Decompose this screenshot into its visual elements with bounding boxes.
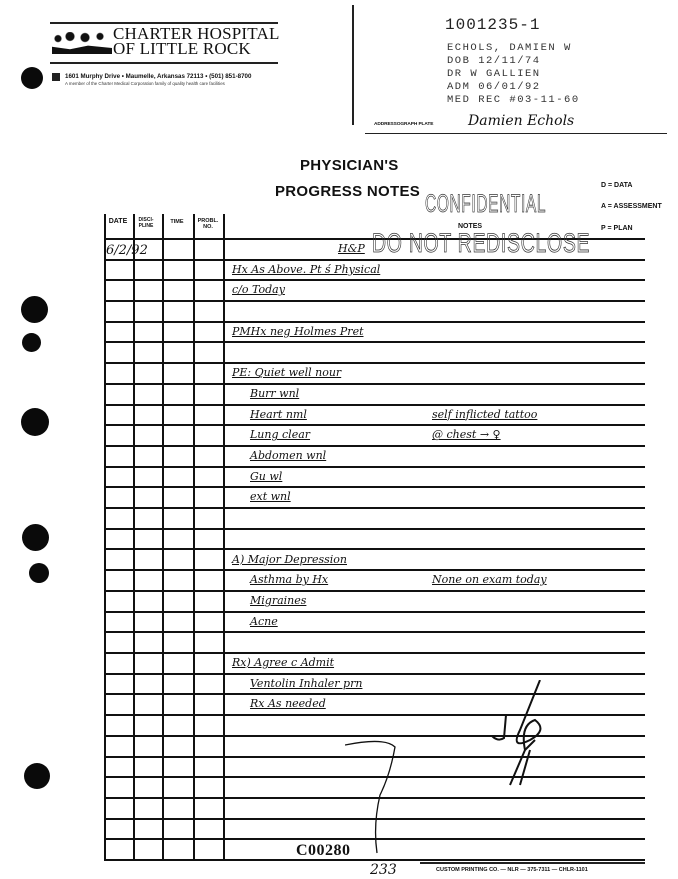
table-row-rule: [104, 590, 645, 592]
hospital-affiliation: A member of the Charter Medical Corporat…: [65, 81, 225, 86]
patient-record-id: 1001235-1: [445, 16, 540, 34]
page-bracket-scribble: [345, 735, 405, 855]
table-row-rule: [104, 486, 645, 488]
physician-signature: [480, 680, 560, 790]
table-row-rule: [104, 279, 645, 281]
table-row-rule: [104, 424, 645, 426]
note-line: PE: Quiet well nour: [232, 366, 341, 379]
table-row-rule: [104, 528, 645, 530]
patient-doctor: DR W GALLIEN: [447, 68, 541, 80]
note-annotation: @ chest → ♀: [432, 428, 501, 441]
note-line: H&P: [338, 242, 365, 255]
addressograph-label: ADDRESSOGRAPH PLATE: [374, 122, 433, 127]
note-line: c/o Today: [232, 283, 285, 296]
patient-med-rec: MED REC #03-11-60: [447, 94, 580, 106]
note-annotation: self inflicted tattoo: [432, 408, 537, 421]
footer-rule: [420, 862, 645, 864]
patient-admission: ADM 06/01/92: [447, 81, 541, 93]
patient-signature: Damien Echols: [468, 113, 574, 129]
punch-hole: [24, 763, 50, 789]
handwritten-page-number: 233: [370, 862, 397, 878]
table-column-divider: [223, 214, 225, 860]
patient-name: ECHOLS, DAMIEN W: [447, 42, 572, 54]
table-column-divider: [104, 214, 106, 860]
table-row-rule: [104, 300, 645, 302]
column-header-discipline: DISCI-PLINE: [133, 217, 159, 229]
logo-rule-bottom: [50, 62, 278, 64]
hospital-logo-icon: [52, 32, 112, 54]
charter-logo-icon: [52, 73, 60, 81]
do-not-redisclose-stamp: DO NOT REDISCLOSE: [372, 228, 590, 259]
note-line: Rx) Agree c Admit: [232, 656, 334, 669]
note-line: Lung clear: [250, 428, 310, 441]
hospital-address: 1601 Murphy Drive • Maumelle, Arkansas 7…: [65, 73, 251, 80]
note-line: Gu wl: [250, 470, 282, 483]
note-line: Hx As Above. Pt ś Physical: [232, 263, 380, 276]
table-column-divider: [193, 214, 195, 860]
patient-dob: DOB 12/11/74: [447, 55, 541, 67]
addressograph-rule: [365, 133, 667, 134]
note-annotation: None on exam today: [432, 573, 547, 586]
punch-hole: [21, 296, 48, 323]
note-line: A) Major Depression: [232, 553, 347, 566]
hospital-name: CHARTER HOSPITAL OF LITTLE ROCK: [113, 26, 280, 56]
note-line: Acne: [250, 615, 278, 628]
punch-hole: [21, 67, 43, 89]
table-row-rule: [104, 507, 645, 509]
document-id: C00280: [296, 842, 351, 860]
table-row-rule: [104, 714, 645, 716]
table-row-rule: [104, 362, 645, 364]
table-row-rule: [104, 259, 645, 261]
column-header-date: DATE: [104, 219, 132, 225]
column-header-time: TIME: [163, 219, 191, 225]
note-line: Abdomen wnl: [250, 449, 326, 462]
entry-date: 6/2/92: [106, 243, 148, 258]
table-row-rule: [104, 693, 645, 695]
punch-hole: [21, 408, 49, 436]
table-row-rule: [104, 611, 645, 613]
table-row-rule: [104, 673, 645, 675]
table-row-rule: [104, 548, 645, 550]
header-divider: [352, 5, 354, 125]
note-line: ext wnl: [250, 490, 291, 503]
legend-assessment: A = ASSESSMENT: [601, 203, 662, 210]
table-row-rule: [104, 321, 645, 323]
confidential-stamp: CONFIDENTIAL: [425, 190, 546, 219]
column-header-problem-no: PROBL. NO.: [194, 218, 222, 230]
note-line: PMHx neg Holmes Pret: [232, 325, 364, 338]
punch-hole: [22, 524, 49, 551]
table-column-divider: [162, 214, 164, 860]
punch-hole: [22, 333, 41, 352]
table-row-rule: [104, 569, 645, 571]
note-line: Ventolin Inhaler prn: [250, 677, 362, 690]
printer-credit: CUSTOM PRINTING CO. — NLR — 375-7311 — C…: [436, 867, 588, 873]
table-row-rule: [104, 631, 645, 633]
form-title-line2: PROGRESS NOTES: [275, 183, 420, 200]
table-column-divider: [133, 214, 135, 860]
legend-plan: P = PLAN: [601, 225, 633, 232]
table-row-rule: [104, 652, 645, 654]
note-line: Asthma by Hx: [250, 573, 328, 586]
table-row-rule: [104, 466, 645, 468]
note-line: Heart nml: [250, 408, 307, 421]
punch-hole: [29, 563, 49, 583]
form-title-line1: PHYSICIAN'S: [300, 157, 399, 174]
table-row-rule: [104, 404, 645, 406]
table-row-rule: [104, 445, 645, 447]
table-row-rule: [104, 341, 645, 343]
note-line: Burr wnl: [250, 387, 299, 400]
table-row-rule: [104, 859, 645, 861]
note-line: Migraines: [250, 594, 306, 607]
legend-data: D = DATA: [601, 182, 632, 189]
table-row-rule: [104, 383, 645, 385]
note-line: Rx As needed: [250, 697, 326, 710]
hospital-name-line2: OF LITTLE ROCK: [113, 41, 280, 56]
